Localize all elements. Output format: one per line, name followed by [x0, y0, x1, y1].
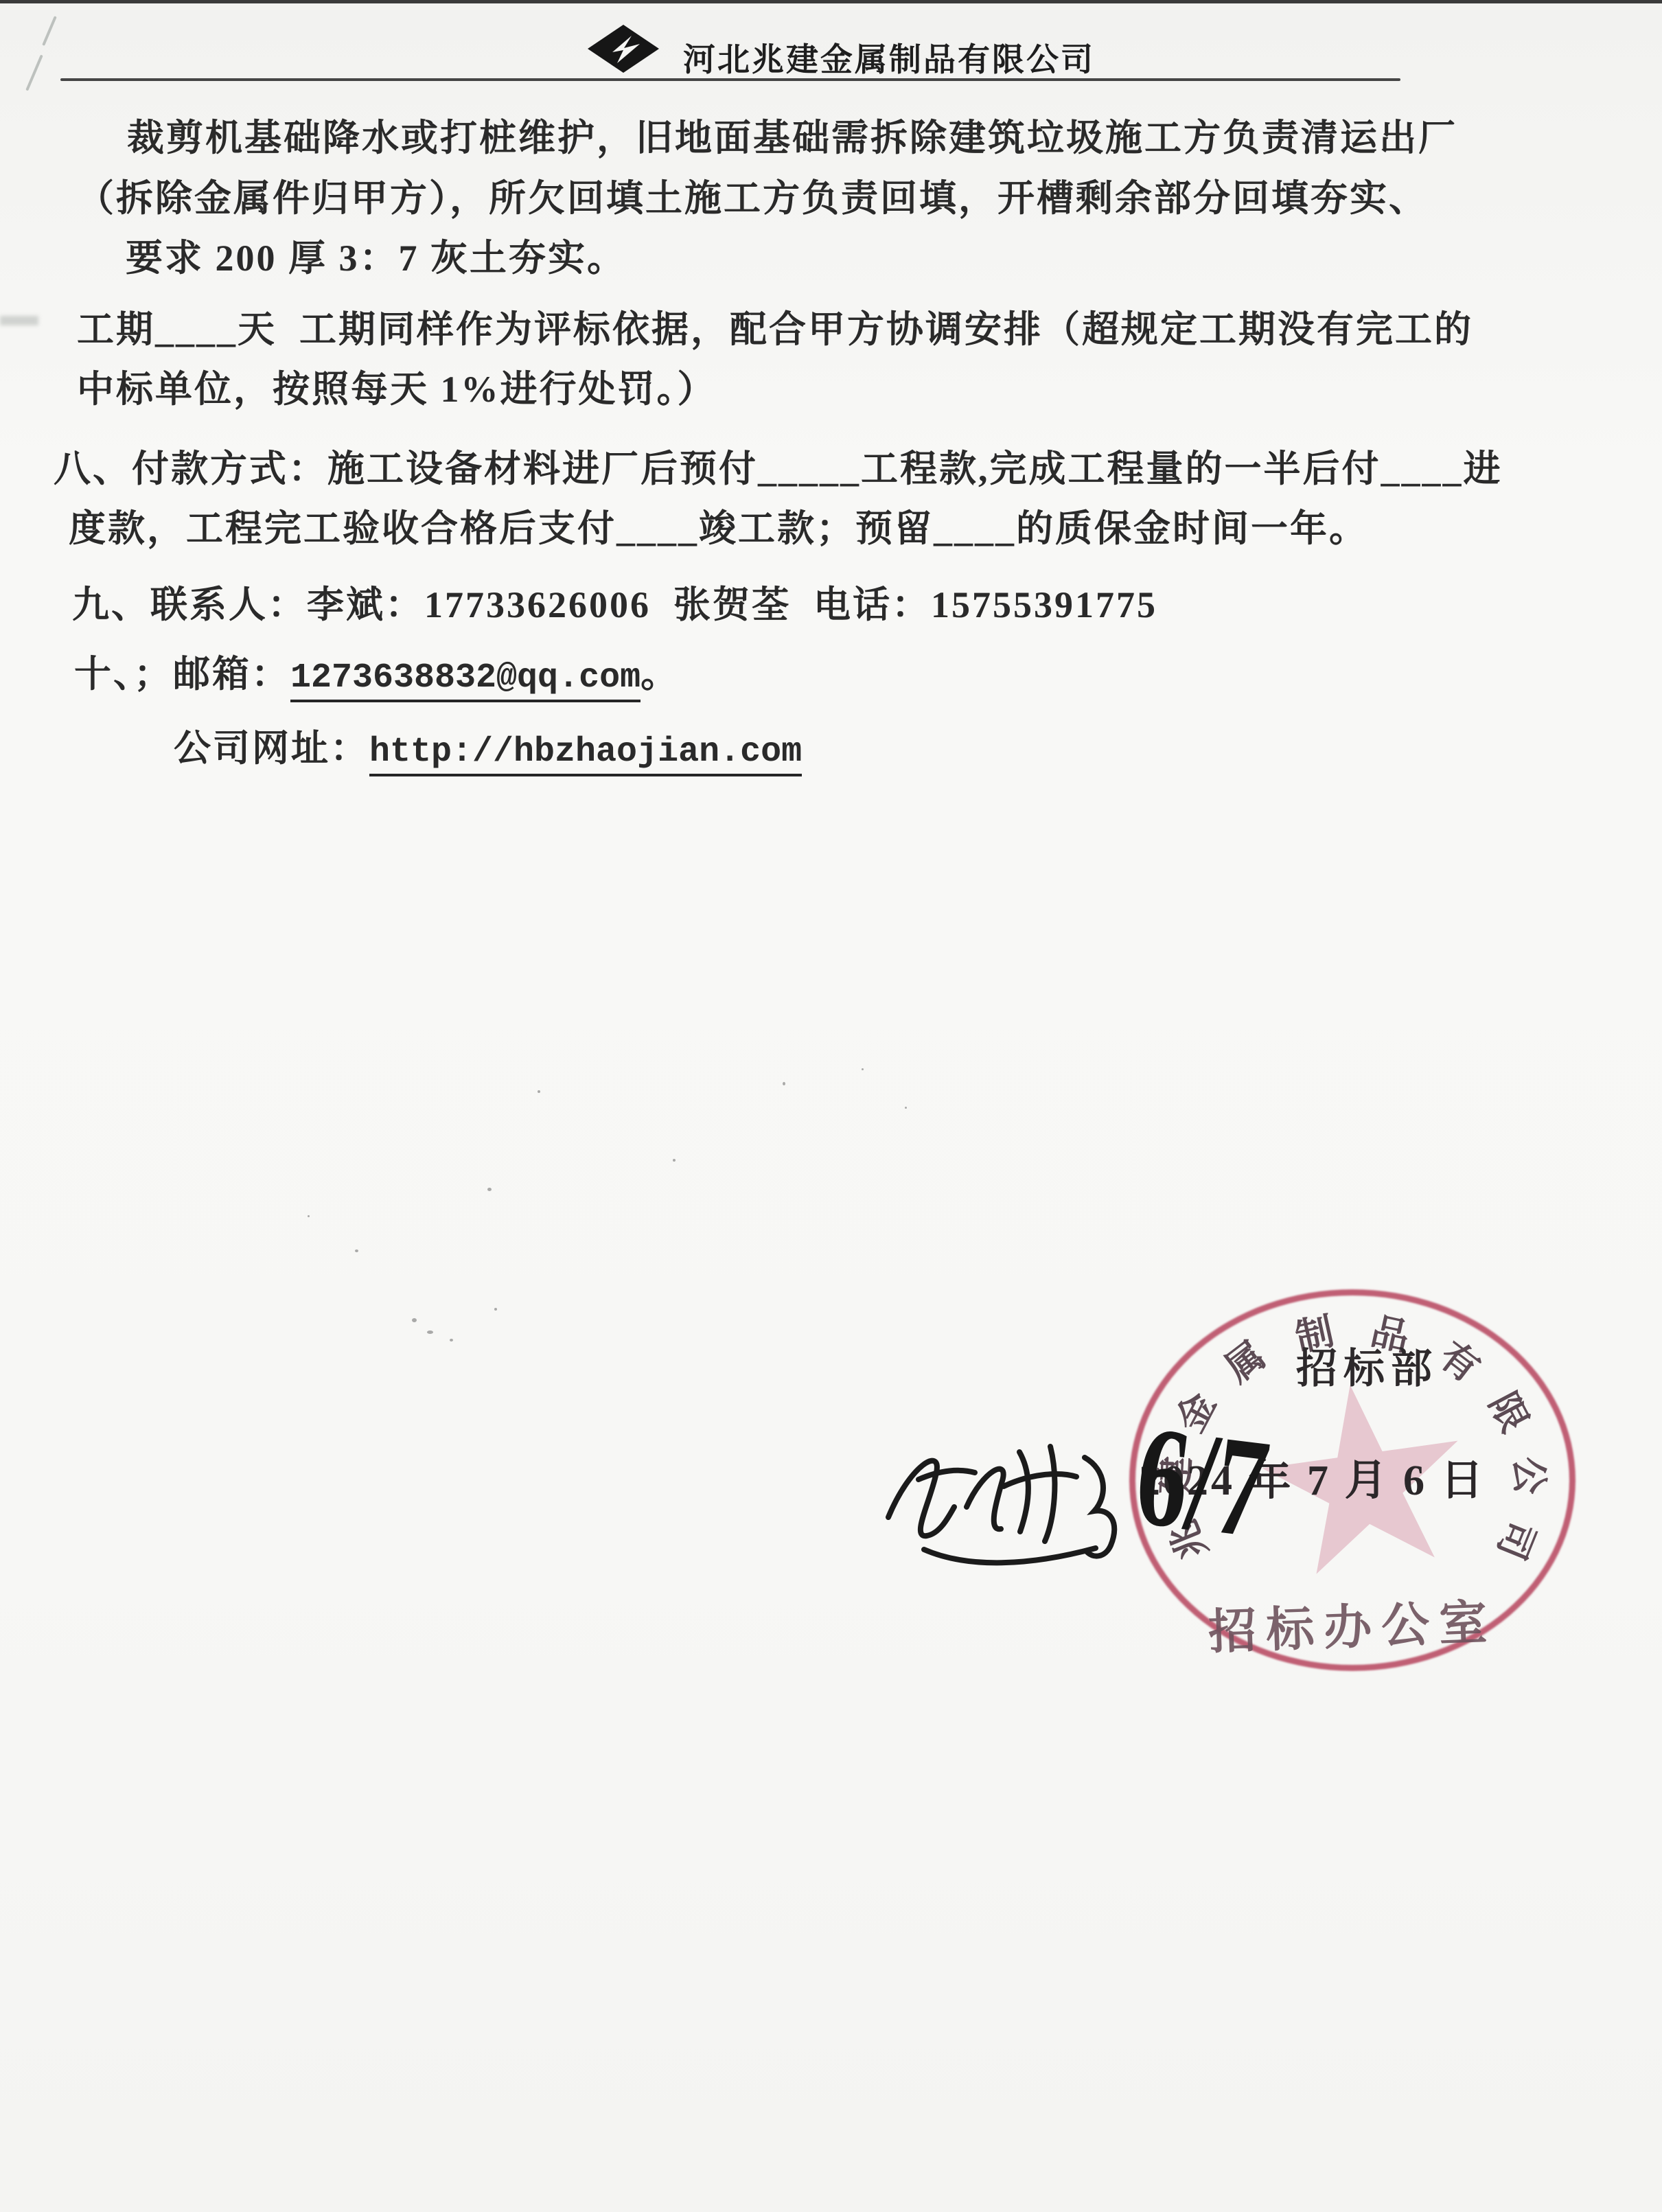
- email-label: 十、；邮箱：: [74, 654, 290, 695]
- noise-speck: [905, 1107, 907, 1109]
- clause-payment-line-2: 度款，工程完工验收合格后支付____竣工款；预留____的质保金时间一年。: [69, 499, 1368, 552]
- email-address: 1273638832@qq.com: [290, 658, 640, 702]
- noise-speck: [487, 1188, 492, 1191]
- seal-office-text: 招标办公室: [1128, 1581, 1576, 1666]
- clause-payment-line-1: 八、付款方式：施工设备材料进厂后预付_____工程款,完成工程量的一半后付___…: [54, 439, 1503, 492]
- noise-speck: [673, 1159, 676, 1162]
- scanned-document-page: { "header": { "company_name": "河北兆建金属制品有…: [0, 0, 1662, 2212]
- seal-arc-char: 公: [1504, 1455, 1560, 1495]
- clause-duration-line-2: 中标单位，按照每天 1%进行处罚。）: [77, 360, 717, 413]
- pen-mark: [25, 54, 43, 91]
- stamp-department: 招标部: [1296, 1336, 1438, 1395]
- noise-speck: [308, 1215, 310, 1217]
- noise-speck: [450, 1339, 453, 1341]
- noise-speck: [783, 1082, 785, 1085]
- clause-contact-line: 九、联系人：李斌：17733626006 张贺荃 电话：15755391775: [72, 575, 1157, 628]
- company-logo-icon: [588, 25, 659, 76]
- clause-website-line: 公司网址：http://hbzhaojian.com: [174, 719, 802, 772]
- noise-speck: [355, 1249, 358, 1252]
- scan-top-edge: [0, 0, 1662, 3]
- noise-speck: [427, 1330, 433, 1334]
- signature-scribble: [879, 1404, 1167, 1641]
- website-label: 公司网址：: [174, 728, 369, 769]
- website-url: http://hbzhaojian.com: [369, 733, 802, 776]
- company-name: 河北兆建金属制品有限公司: [683, 34, 1095, 80]
- clause-site-line-3: 要求 200 厚 3：7 灰土夯实。: [126, 229, 626, 281]
- noise-speck: [862, 1068, 864, 1070]
- clause-site-line-1: 裁剪机基础降水或打桩维护，旧地面基础需拆除建筑垃圾施工方负责清运出厂: [127, 108, 1457, 161]
- noise-speck: [412, 1318, 417, 1322]
- noise-speck: [494, 1308, 497, 1311]
- clause-duration-line-1: 工期____天 工期同样作为评标依据，配合甲方协调安排（超规定工期没有完工的: [77, 300, 1473, 353]
- noise-speck: [538, 1090, 540, 1093]
- signature-date-mark: 6/7: [1128, 1394, 1277, 1571]
- email-suffix: 。: [640, 654, 680, 695]
- pen-mark: [42, 16, 57, 46]
- clause-email-line: 十、；邮箱：1273638832@qq.com。: [74, 645, 680, 698]
- clause-site-line-2: （拆除金属件归甲方），所欠回填土施工方负责回填，开槽剩余部分回填夯实、: [77, 169, 1428, 222]
- scan-smudge: [0, 316, 38, 325]
- header-divider: [60, 78, 1400, 81]
